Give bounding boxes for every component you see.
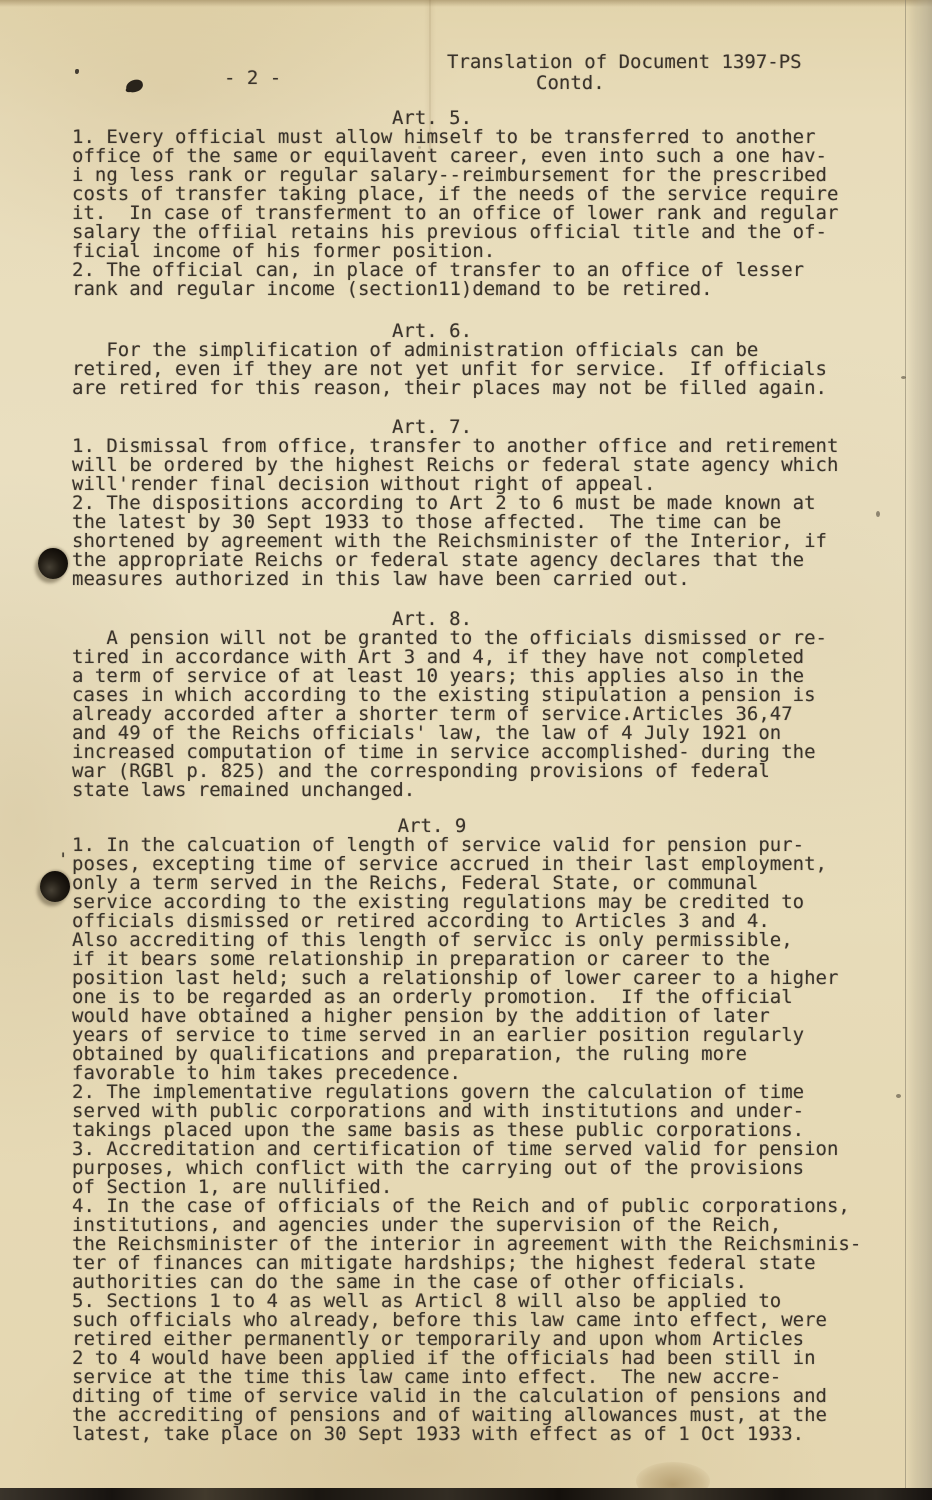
article-5: Art. 5. 1. Every official must allow him… bbox=[72, 109, 882, 299]
page-right-edge bbox=[905, 0, 932, 1491]
ink-speck bbox=[75, 69, 79, 74]
header-continued-label: Contd. bbox=[536, 74, 605, 93]
page-number: - 2 - bbox=[224, 69, 281, 88]
article-7: Art. 7. 1. Dismissal from office, transf… bbox=[72, 418, 882, 589]
paper-stain bbox=[636, 1462, 710, 1491]
hole-punch-top bbox=[38, 548, 68, 579]
paper-speck bbox=[896, 1094, 901, 1098]
article-6-body: For the simplification of administration… bbox=[72, 341, 882, 398]
article-9: Art. 9 1. In the calcuation of length of… bbox=[72, 817, 882, 1444]
paper-speck bbox=[876, 511, 880, 517]
article-5-body: 1. Every official must allow himself to … bbox=[72, 128, 882, 299]
stray-typewriter-mark: ' bbox=[58, 851, 68, 870]
article-7-body: 1. Dismissal from office, transfer to an… bbox=[72, 437, 882, 589]
scan-bottom-edge bbox=[0, 1488, 932, 1500]
article-8-body: A pension will not be granted to the off… bbox=[72, 629, 882, 800]
header-title: Translation of Document 1397-PS bbox=[447, 53, 802, 72]
article-8: Art. 8. A pension will not be granted to… bbox=[72, 610, 882, 800]
page-top-edge bbox=[0, 0, 932, 7]
hole-punch-bottom bbox=[40, 871, 70, 902]
paper-speck bbox=[418, 146, 421, 149]
ink-blot bbox=[125, 78, 144, 93]
article-9-body: 1. In the calcuation of length of servic… bbox=[72, 836, 882, 1444]
article-6: Art. 6. For the simplification of admini… bbox=[72, 322, 882, 398]
document-page: - 2 - Translation of Document 1397-PS Co… bbox=[0, 0, 932, 1491]
paper-speck bbox=[901, 376, 906, 379]
